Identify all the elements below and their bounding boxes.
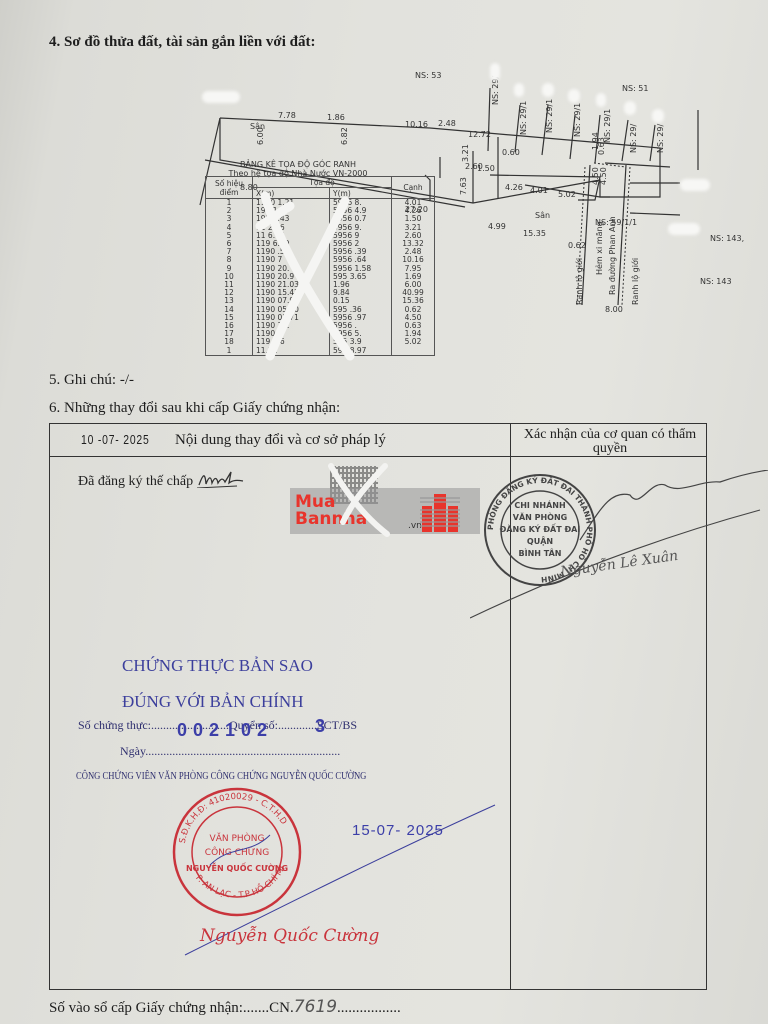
svg-text:6.00: 6.00: [256, 127, 265, 145]
svg-text:Ra đường Phan Anh: Ra đường Phan Anh: [607, 216, 617, 295]
redaction-chip: [514, 83, 524, 97]
redaction-chip: [624, 101, 636, 115]
svg-text:0.60: 0.60: [502, 148, 520, 157]
notary-signature: Nguyễn Quốc Cường: [200, 926, 379, 946]
mortgage-entry: Đã đăng ký thế chấp: [78, 470, 247, 490]
svg-text:7.78: 7.78: [278, 111, 296, 120]
svg-text:4.01: 4.01: [530, 186, 548, 195]
svg-text:Ranh lộ giới: Ranh lộ giới: [574, 258, 584, 305]
svg-text:8.00: 8.00: [605, 305, 623, 314]
svg-text:10.16: 10.16: [405, 120, 428, 129]
svg-text:NS: 53: NS: 53: [415, 71, 441, 80]
svg-text:5.02: 5.02: [558, 190, 576, 199]
content-header: Nội dung thay đổi và cơ sở pháp lý: [175, 432, 386, 449]
svg-text:4.26: 4.26: [505, 183, 523, 192]
certification-number: 002102: [177, 720, 273, 741]
svg-text:1.50: 1.50: [477, 164, 495, 173]
redaction-chip: [568, 89, 580, 103]
registry-number-value: 7619: [294, 997, 337, 1017]
svg-text:1.86: 1.86: [327, 113, 345, 122]
svg-text:NS: 143: NS: 143: [700, 277, 732, 286]
header-divider: [50, 456, 706, 457]
certification-title-line2: ĐÚNG VỚI BẢN CHÍNH: [122, 692, 304, 712]
section-4-heading: 4. Sơ đồ thửa đất, tài sản gắn liền với …: [49, 34, 316, 51]
redaction-chip: [652, 109, 664, 123]
certificate-registry-number: Số vào sổ cấp Giấy chứng nhận:.......CN.…: [49, 997, 401, 1017]
svg-text:2.48: 2.48: [438, 119, 456, 128]
section-6-heading: 6. Những thay đổi sau khi cấp Giấy chứng…: [49, 400, 340, 417]
building-icon: [420, 492, 460, 532]
initial-signature: [197, 470, 247, 488]
redaction-chip: [202, 91, 240, 103]
svg-text:Hẻm xi măng: Hẻm xi măng: [594, 221, 604, 275]
redaction-chip: [490, 63, 500, 81]
certification-day-label: Ngày....................................…: [120, 744, 340, 759]
svg-text:NS: 29/1: NS: 29/1: [603, 109, 612, 143]
redaction-chip: [668, 223, 700, 235]
certification-volume: 3: [315, 716, 325, 737]
svg-text:Sân: Sân: [535, 211, 550, 220]
svg-text:7.63: 7.63: [459, 177, 468, 195]
notary-label: CÔNG CHỨNG VIÊN VĂN PHÒNG CÔNG CHỨNG NGU…: [76, 771, 366, 782]
svg-text:NS: 51: NS: 51: [622, 84, 648, 93]
svg-text:NS: 29/1: NS: 29/1: [519, 101, 528, 135]
redaction-chip: [680, 179, 710, 191]
svg-text:4.50: 4.50: [599, 167, 608, 185]
redaction-scribble: [250, 186, 370, 361]
svg-text:NS: 29/1: NS: 29/1: [573, 103, 582, 137]
certification-title-line1: CHỨNG THỰC BẢN SAO: [122, 656, 313, 676]
svg-text:NS: 143,: NS: 143,: [710, 234, 744, 243]
redaction-scribble: [325, 462, 395, 537]
svg-text:NS: 29/1: NS: 29/1: [545, 99, 554, 133]
svg-text:15.35: 15.35: [523, 229, 546, 238]
svg-text:12.72: 12.72: [468, 130, 491, 139]
svg-text:4.99: 4.99: [488, 222, 506, 231]
change-date: 10 -07- 2025: [81, 432, 150, 447]
svg-text:Ranh lộ giới: Ranh lộ giới: [630, 258, 640, 305]
redaction-chip: [596, 93, 606, 107]
svg-text:0.62: 0.62: [568, 241, 586, 250]
redaction-chip: [542, 83, 554, 97]
svg-text:NS: 29/: NS: 29/: [629, 124, 638, 153]
document-page: 4. Sơ đồ thửa đất, tài sản gắn liền với …: [0, 0, 768, 1024]
officer-signature-strokes: [470, 470, 768, 620]
svg-text:NS: 29/: NS: 29/: [656, 124, 665, 153]
section-5-notes: 5. Ghi chú: -/-: [49, 372, 134, 389]
svg-text:6.82: 6.82: [340, 127, 349, 145]
confirm-header: Xác nhận của cơ quan có thẩm quyền: [520, 428, 700, 456]
svg-text:3.21: 3.21: [461, 144, 470, 162]
